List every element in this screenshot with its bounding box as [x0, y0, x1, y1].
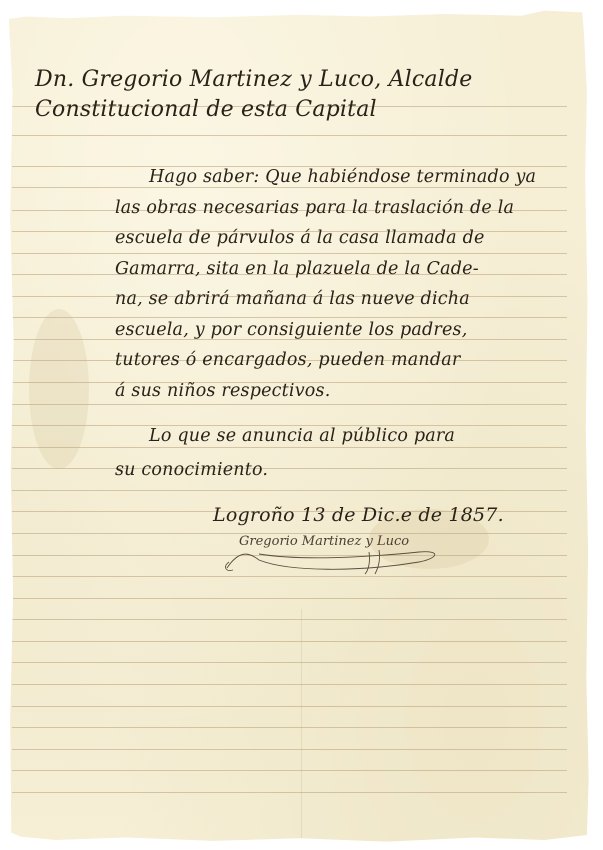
- heading-line-2: Constitucional de esta Capital: [35, 97, 377, 122]
- ruled-line: [12, 770, 567, 771]
- signature-text: Gregorio Martinez y Luco: [239, 534, 409, 549]
- ruled-line: [12, 317, 567, 318]
- heading-line-1: Dn. Gregorio Martinez y Luco, Alcalde: [35, 67, 473, 92]
- ruled-line: [12, 684, 567, 685]
- ruled-line: [12, 727, 567, 728]
- ruled-line: [12, 792, 567, 793]
- ruled-line: [12, 490, 567, 491]
- ruled-line: [12, 447, 567, 448]
- ruled-line: [12, 641, 567, 642]
- ruled-line: [12, 187, 567, 188]
- document-page: Dn. Gregorio Martinez y Luco, Alcalde Co…: [9, 9, 591, 845]
- closing-line: Lo que se anuncia al público para: [149, 426, 455, 446]
- body-line: Gamarra, sita en la plazuela de la Cade-: [115, 259, 479, 279]
- ruled-line: [12, 404, 567, 405]
- ruled-line: [12, 135, 567, 136]
- body-line: escuela, y por consiguiente los padres,: [115, 320, 467, 340]
- body-line: tutores ó encargados, pueden mandar: [115, 350, 460, 370]
- closing-line: su conocimiento.: [115, 460, 268, 480]
- ruled-line: [12, 619, 567, 620]
- ruled-line: [12, 749, 567, 750]
- paper-stain: [29, 309, 89, 469]
- body-line: á sus niños respectivos.: [115, 381, 330, 401]
- date-line: Logroño 13 de Dic.e de 1857.: [213, 504, 504, 526]
- ruled-line: [12, 662, 567, 663]
- ruled-line: [12, 576, 567, 577]
- signature: Gregorio Martinez y Luco: [219, 532, 449, 576]
- ruled-line: [12, 598, 567, 599]
- ruled-line: [12, 706, 567, 707]
- body-line: na, se abrirá mañana á las nueve dicha: [115, 289, 470, 309]
- body-line: las obras necesarias para la traslación …: [115, 198, 514, 218]
- body-line: Hago saber: Que habiéndose terminado ya: [149, 167, 536, 187]
- ruled-line: [12, 253, 567, 254]
- body-line: escuela de párvulos á la casa llamada de: [115, 228, 485, 248]
- ruled-line: [12, 468, 567, 469]
